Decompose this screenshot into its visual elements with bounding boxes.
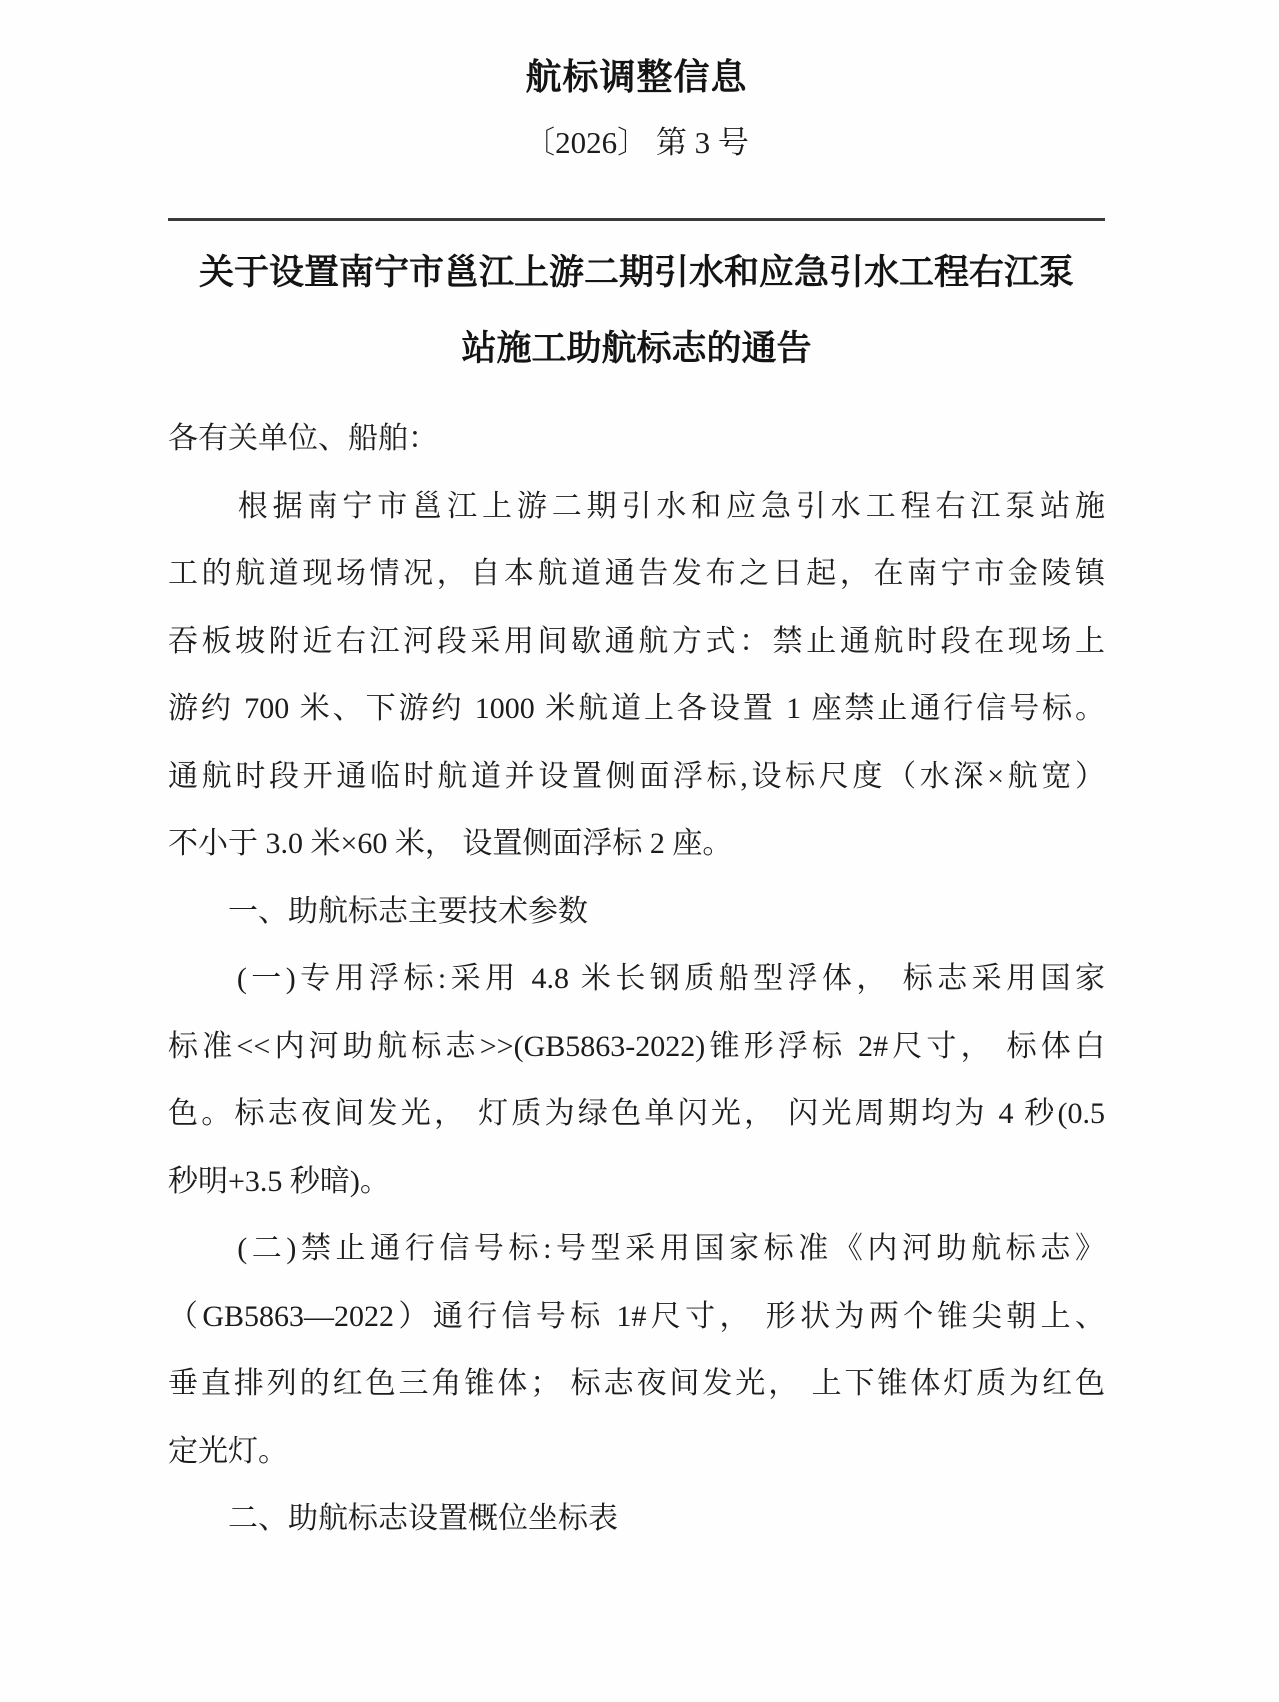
notice-body: 各有关单位、船舶： 根据南宁市邕江上游二期引水和应急引水工程右江泵站施 工的航道… xyxy=(168,405,1105,1553)
body-line: (一)专用浮标:采用 4.8 米长钢质船型浮体， 标志采用国家 xyxy=(168,945,1105,1013)
body-line: 游约 700 米、下游约 1000 米航道上各设置 1 座禁止通行信号标。 xyxy=(168,675,1105,743)
masthead-title: 航标调整信息 xyxy=(168,0,1105,99)
body-line: 秒明+3.5 秒暗)。 xyxy=(168,1148,1105,1216)
body-line: 垂直排列的红色三角锥体； 标志夜间发光， 上下锥体灯质为红色 xyxy=(168,1350,1105,1418)
body-line: 定光灯。 xyxy=(168,1418,1105,1486)
body-line: (二)禁止通行信号标:号型采用国家标准《内河助航标志》 xyxy=(168,1215,1105,1283)
body-line: 标准<<内河助航标志>>(GB5863-2022)锥形浮标 2#尺寸， 标体白 xyxy=(168,1013,1105,1081)
body-line: （GB5863—2022）通行信号标 1#尺寸， 形状为两个锥尖朝上、 xyxy=(168,1283,1105,1351)
body-line: 各有关单位、船舶： xyxy=(168,405,1105,473)
body-line: 一、助航标志主要技术参数 xyxy=(168,878,1105,946)
body-line: 二、助航标志设置概位坐标表 xyxy=(168,1485,1105,1553)
body-line: 工的航道现场情况，自本航道通告发布之日起，在南宁市金陵镇 xyxy=(168,540,1105,608)
body-line: 色。标志夜间发光， 灯质为绿色单闪光， 闪光周期均为 4 秒(0.5 xyxy=(168,1080,1105,1148)
body-line: 不小于 3.0 米×60 米， 设置侧面浮标 2 座。 xyxy=(168,810,1105,878)
masthead-divider xyxy=(168,218,1105,221)
notice-heading-line2: 站施工助航标志的通告 xyxy=(168,311,1105,387)
body-line: 通航时段开通临时航道并设置侧面浮标,设标尺度（水深×航宽） xyxy=(168,743,1105,811)
body-line: 吞板坡附近右江河段采用间歇通航方式：禁止通航时段在现场上 xyxy=(168,608,1105,676)
doc-number: 〔2026〕 第 3 号 xyxy=(168,124,1105,161)
scanned-notice-page: 航标调整信息 〔2026〕 第 3 号 关于设置南宁市邕江上游二期引水和应急引水… xyxy=(0,0,1279,1702)
notice-heading: 关于设置南宁市邕江上游二期引水和应急引水工程右江泵 站施工助航标志的通告 xyxy=(168,235,1105,387)
notice-heading-line1: 关于设置南宁市邕江上游二期引水和应急引水工程右江泵 xyxy=(168,235,1105,311)
body-line: 根据南宁市邕江上游二期引水和应急引水工程右江泵站施 xyxy=(168,473,1105,541)
page-content: 航标调整信息 〔2026〕 第 3 号 关于设置南宁市邕江上游二期引水和应急引水… xyxy=(0,0,1279,1553)
